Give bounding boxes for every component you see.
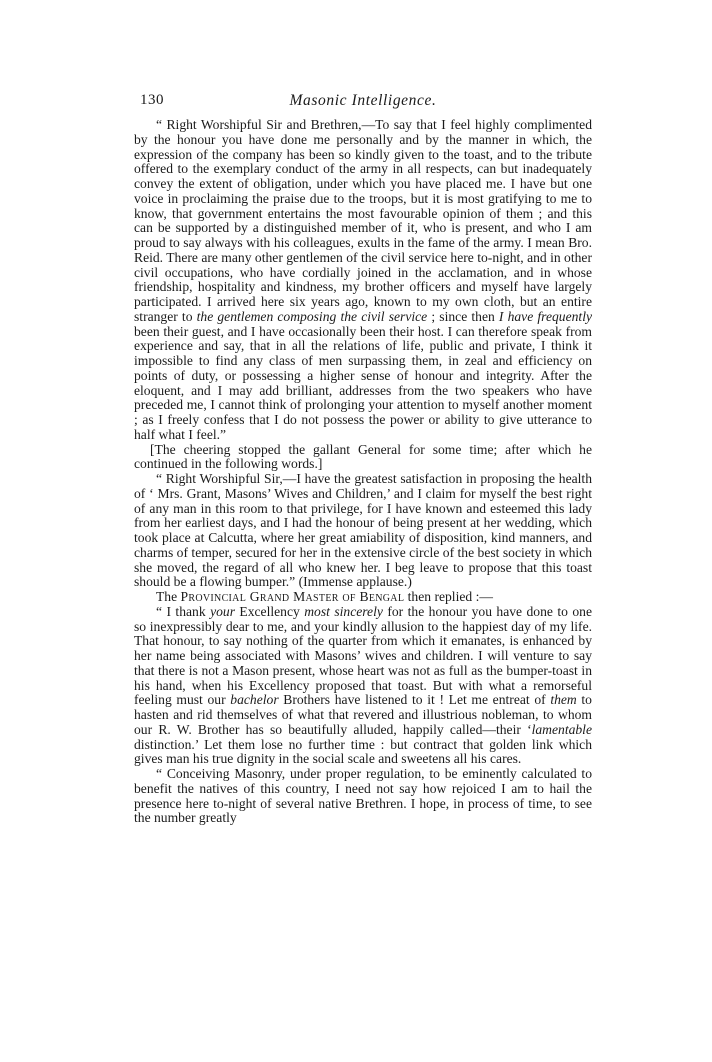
text-segment: “ Conceiving Masonry, under proper regul…	[134, 766, 592, 825]
paragraph-speech-general-1: “ Right Worshipful Sir and Brethren,—To …	[134, 118, 592, 443]
text-segment: Excellency	[235, 604, 304, 619]
paragraph-stage-note: [The cheering stopped the gallant Genera…	[134, 443, 592, 473]
text-segment: lamentable	[532, 722, 592, 737]
text-segment: I have frequently	[499, 309, 592, 324]
text-segment: [The cheering stopped the gallant Genera…	[134, 442, 592, 472]
text-segment: The	[156, 589, 181, 604]
running-head: 130 Masonic Intelligence.	[134, 92, 592, 114]
text-segment: “ Right Worshipful Sir,—I have the great…	[134, 471, 592, 589]
book-page: 130 Masonic Intelligence. “ Right Worshi…	[134, 92, 592, 826]
text-segment: the gentlemen composing the civil servic…	[197, 309, 428, 324]
text-segment: them	[550, 692, 576, 707]
paragraph-reply-1: “ I thank your Excellency most sincerely…	[134, 605, 592, 767]
running-title: Masonic Intelligence.	[134, 92, 592, 110]
body-text: “ Right Worshipful Sir and Brethren,—To …	[134, 118, 592, 826]
text-segment: ; since then	[427, 309, 499, 324]
text-segment: then replied :—	[404, 589, 493, 604]
text-segment: bachelor	[230, 692, 278, 707]
text-segment: most sincerely	[304, 604, 383, 619]
paragraph-reply-2: “ Conceiving Masonry, under proper regul…	[134, 767, 592, 826]
text-segment: distinction.’ Let them lose no further t…	[134, 737, 592, 767]
text-segment: Brothers have listened to it ! Let me en…	[279, 692, 551, 707]
text-segment: “ Right Worshipful Sir and Brethren,—To …	[134, 117, 592, 324]
paragraph-reply-intro: The Provincial Grand Master of Bengal th…	[134, 590, 592, 605]
text-segment: been their guest, and I have occasionall…	[134, 324, 592, 442]
text-segment: “ I thank	[156, 604, 210, 619]
text-segment: your	[210, 604, 235, 619]
text-segment: Provincial Grand Master of Bengal	[181, 589, 405, 604]
paragraph-speech-general-2: “ Right Worshipful Sir,—I have the great…	[134, 472, 592, 590]
